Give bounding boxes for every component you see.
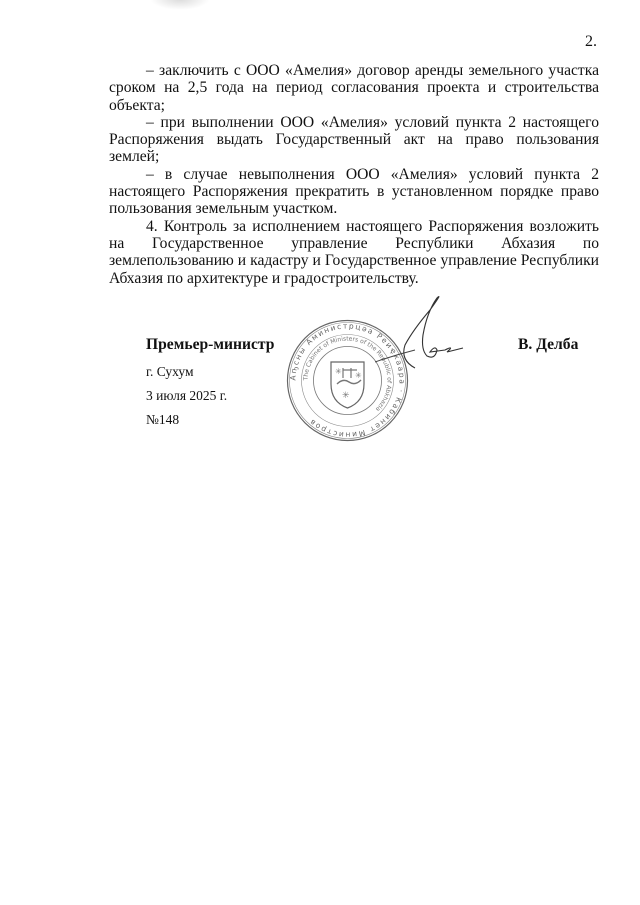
svg-text:✳: ✳ [335, 367, 342, 376]
issue-city: г. Сухум [146, 364, 194, 380]
issue-date: 3 июля 2025 г. [146, 388, 227, 404]
svg-text:✳: ✳ [355, 371, 362, 380]
paragraph-state-act: – при выполнении ООО «Амелия» условий пу… [109, 114, 599, 166]
page-number: 2. [585, 33, 597, 51]
scan-artifact [150, 0, 210, 10]
signatory-name: В. Делба [518, 336, 578, 354]
svg-text:✳: ✳ [342, 390, 350, 400]
handwritten-signature-icon [375, 290, 465, 370]
signatory-title: Премьер-министр [146, 336, 274, 354]
paragraph-termination: – в случае невыполнения ООО «Амелия» усл… [109, 166, 599, 218]
document-body: – заключить с ООО «Амелия» договор аренд… [109, 62, 599, 287]
paragraph-lease-contract: – заключить с ООО «Амелия» договор аренд… [109, 62, 599, 114]
paragraph-control: 4. Контроль за исполнением настоящего Ра… [109, 218, 599, 287]
document-number: №148 [146, 412, 179, 428]
